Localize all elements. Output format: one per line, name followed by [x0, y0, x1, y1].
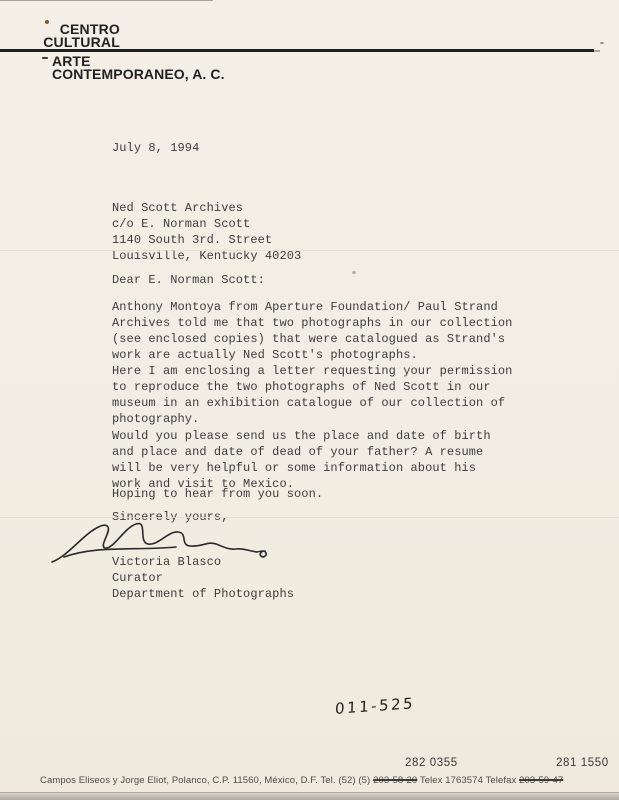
paragraph-2: Here I am enclosing a letter requesting … [112, 363, 512, 427]
old-fax-struck: 203-59-47 [519, 775, 563, 786]
paper-crease-upper [0, 250, 619, 251]
letterhead-top-block: CENTRO CULTURAL [0, 23, 120, 49]
paragraph-3: Would you please send us the place and d… [112, 428, 491, 492]
paper-speck-4 [600, 42, 604, 44]
corrected-fax-number: 281 1550 [556, 757, 609, 769]
letter-date: July 8, 1994 [112, 140, 199, 156]
paragraph-1: Anthony Montoya from Aperture Foundation… [112, 299, 512, 363]
salutation: Dear E. Norman Scott: [112, 272, 265, 288]
corrected-phone-number: 282 0355 [405, 757, 458, 769]
scan-top-edge-artifact [0, 0, 213, 1]
letterhead-rule-fade [594, 50, 600, 52]
old-phone-struck: 203-58-20 [373, 775, 417, 786]
letterhead-line-contemporaneo: CONTEMPORANEO, A. C. [52, 68, 225, 81]
letterhead-bottom-block: ARTE CONTEMPORANEO, A. C. [52, 55, 225, 81]
paper-crease-lower [0, 517, 619, 518]
paper-speck-3 [352, 271, 356, 274]
paper-speck-1 [45, 20, 49, 24]
letterhead-line-cultural: CULTURAL [0, 36, 120, 49]
paragraph-4: Hoping to hear from you soon. [112, 486, 323, 502]
footer-between: Telex 1763574 Telefax [417, 775, 519, 786]
signer-title: Curator [112, 570, 163, 586]
scan-bottom-edge-band [0, 793, 619, 800]
handwritten-catalog-code: 011-525 [335, 694, 416, 718]
scanned-letter-page: CENTRO CULTURAL ARTE CONTEMPORANEO, A. C… [0, 0, 619, 800]
signer-name: Victoria Blasco [112, 554, 221, 570]
footer-address-line: Campos Eliseos y Jorge Eliot, Polanco, C… [40, 775, 619, 786]
signer-department: Department of Photographs [112, 586, 294, 602]
recipient-address: Ned Scott Archives c/o E. Norman Scott 1… [112, 200, 301, 264]
footer-address-prefix: Campos Eliseos y Jorge Eliot, Polanco, C… [40, 775, 373, 786]
paper-speck-2 [42, 57, 48, 59]
letterhead-rule [0, 49, 594, 52]
